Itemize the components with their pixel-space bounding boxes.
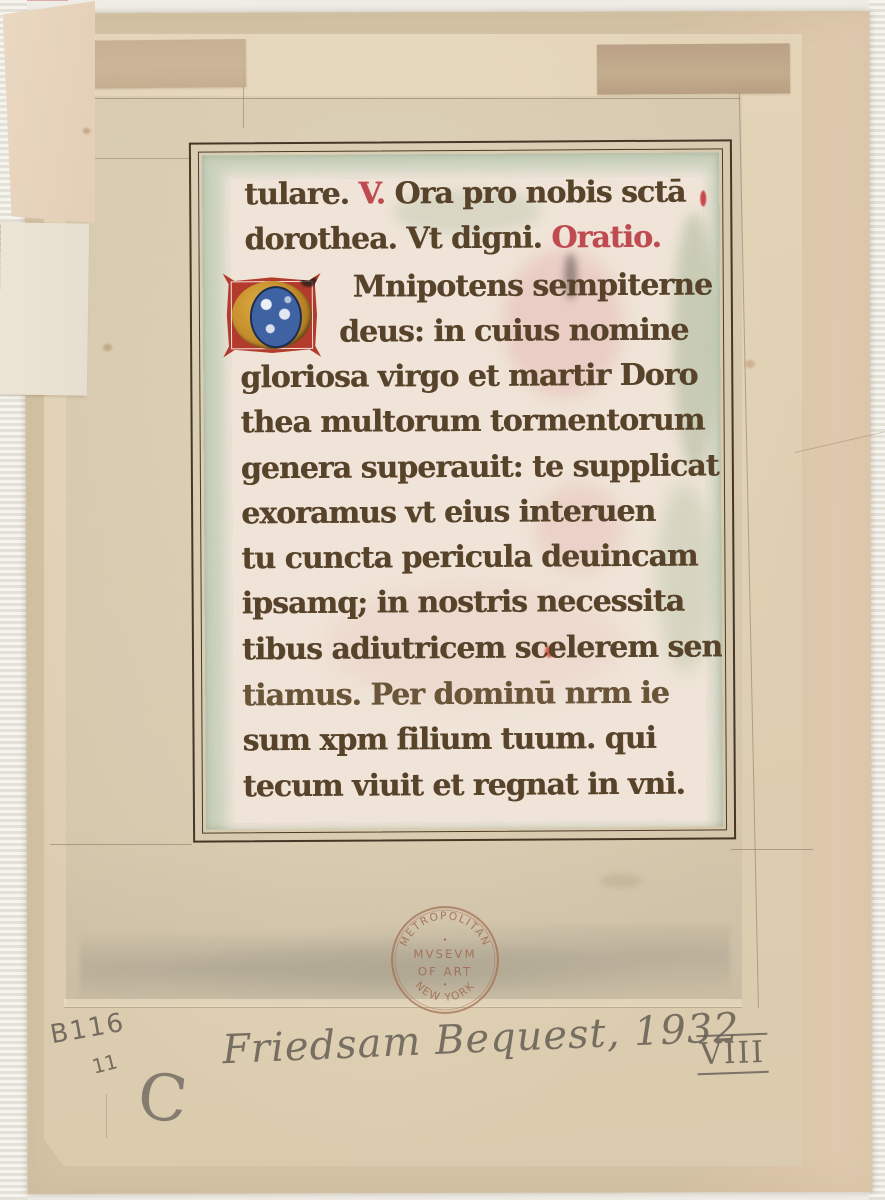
manuscript-line: genera superauit: te supplicat <box>241 448 719 486</box>
line-text: thea multorum tormentorum <box>240 403 704 441</box>
manuscript-line: exoramus vt eius interuen <box>241 494 655 532</box>
manuscript-line: tulare. V. Ora pro nobis sctā <box>244 175 685 213</box>
manuscript-line: Mnipotens sempiterne <box>353 267 712 304</box>
manuscript-line: dorothea. Vt digni. Oratio. <box>244 220 661 258</box>
stamp-arc-top-text: METROPOLITAN <box>397 909 493 948</box>
line-text: dorothea. Vt digni. <box>244 220 551 257</box>
pencil-rule-bottom-left <box>50 844 192 845</box>
rubric-text: Oratio. <box>551 220 661 256</box>
line-text: genera superauit: te supplicat <box>241 448 719 486</box>
manuscript-line: gloriosa virgo et martir Doro <box>240 358 697 396</box>
stain-speck <box>103 344 112 351</box>
manuscript-line: tiamus. Per dominū nrm ie <box>242 676 669 714</box>
line-text: exoramus vt eius interuen <box>241 494 655 532</box>
pencil-rule-lower-left <box>106 1094 107 1138</box>
initial-letter-O <box>250 286 302 348</box>
manuscript-line: tibus adiutricem scelerem sen <box>242 629 722 667</box>
ink-border-frame: tulare. V. Ora pro nobis sctā dorothea. … <box>189 139 736 842</box>
pencil-inscription-letter: C <box>134 1060 190 1139</box>
paper-patch-top-right <box>0 1 95 223</box>
stamp-center-line1: MVSEVM <box>413 947 476 961</box>
stamp-arc-bottom-text: NEW YORK <box>412 979 477 1004</box>
stain-speck <box>83 128 90 134</box>
photograph-of-mounted-manuscript-leaf: { "manuscript": { "initial": "O", "lines… <box>0 0 885 1200</box>
manuscript-line: sum xpm filium tuum. qui <box>242 721 656 759</box>
line-text: tulare. <box>244 177 359 213</box>
line-text: Ora pro nobis sctā <box>394 175 685 212</box>
manuscript-line: deus: in cuius nomine <box>339 313 689 350</box>
line-text: tecum viuit et regnat in vni. <box>243 767 685 805</box>
manuscript-leaf: tulare. V. Ora pro nobis sctā dorothea. … <box>202 152 723 829</box>
tape-top-right <box>597 43 790 94</box>
manuscript-line: tu cuncta pericula deuincam <box>241 539 697 577</box>
line-text: sum xpm filium tuum. qui <box>242 721 656 759</box>
line-text: tiamus. Per dominū nrm ie <box>242 676 669 714</box>
line-text: ipsamq; in nostris necessita <box>242 584 685 622</box>
tape-bottom-right <box>0 222 89 395</box>
red-edge-mark <box>700 191 706 207</box>
line-text: Mnipotens sempiterne <box>353 267 712 304</box>
stain-speck <box>600 874 642 888</box>
stain-speck <box>745 360 755 368</box>
svg-text:METROPOLITAN: METROPOLITAN <box>397 909 493 948</box>
met-museum-stamp: METROPOLITAN NEW YORK MVSEVM OF ART <box>389 904 501 1016</box>
line-text: tu cuncta pericula deuincam <box>241 539 697 577</box>
pencil-rule-top <box>60 98 740 99</box>
line-text: tibus adiutricem scelerem sen <box>242 629 722 667</box>
svg-text:NEW YORK: NEW YORK <box>412 979 477 1004</box>
manuscript-line: ipsamq; in nostris necessita <box>242 584 685 622</box>
line-text: deus: in cuius nomine <box>339 313 689 350</box>
manuscript-line: tecum viuit et regnat in vni. <box>243 767 685 805</box>
manuscript-line: thea multorum tormentorum <box>240 403 704 441</box>
pencil-rule-bottom-right <box>731 849 813 850</box>
stamp-center-line2: OF ART <box>418 964 472 978</box>
pencil-inscription-numeral: VIII <box>696 1033 769 1075</box>
decorated-initial-O <box>223 273 322 358</box>
line-text: gloriosa virgo et martir Doro <box>240 358 697 396</box>
rubric-text: V. <box>358 176 394 211</box>
